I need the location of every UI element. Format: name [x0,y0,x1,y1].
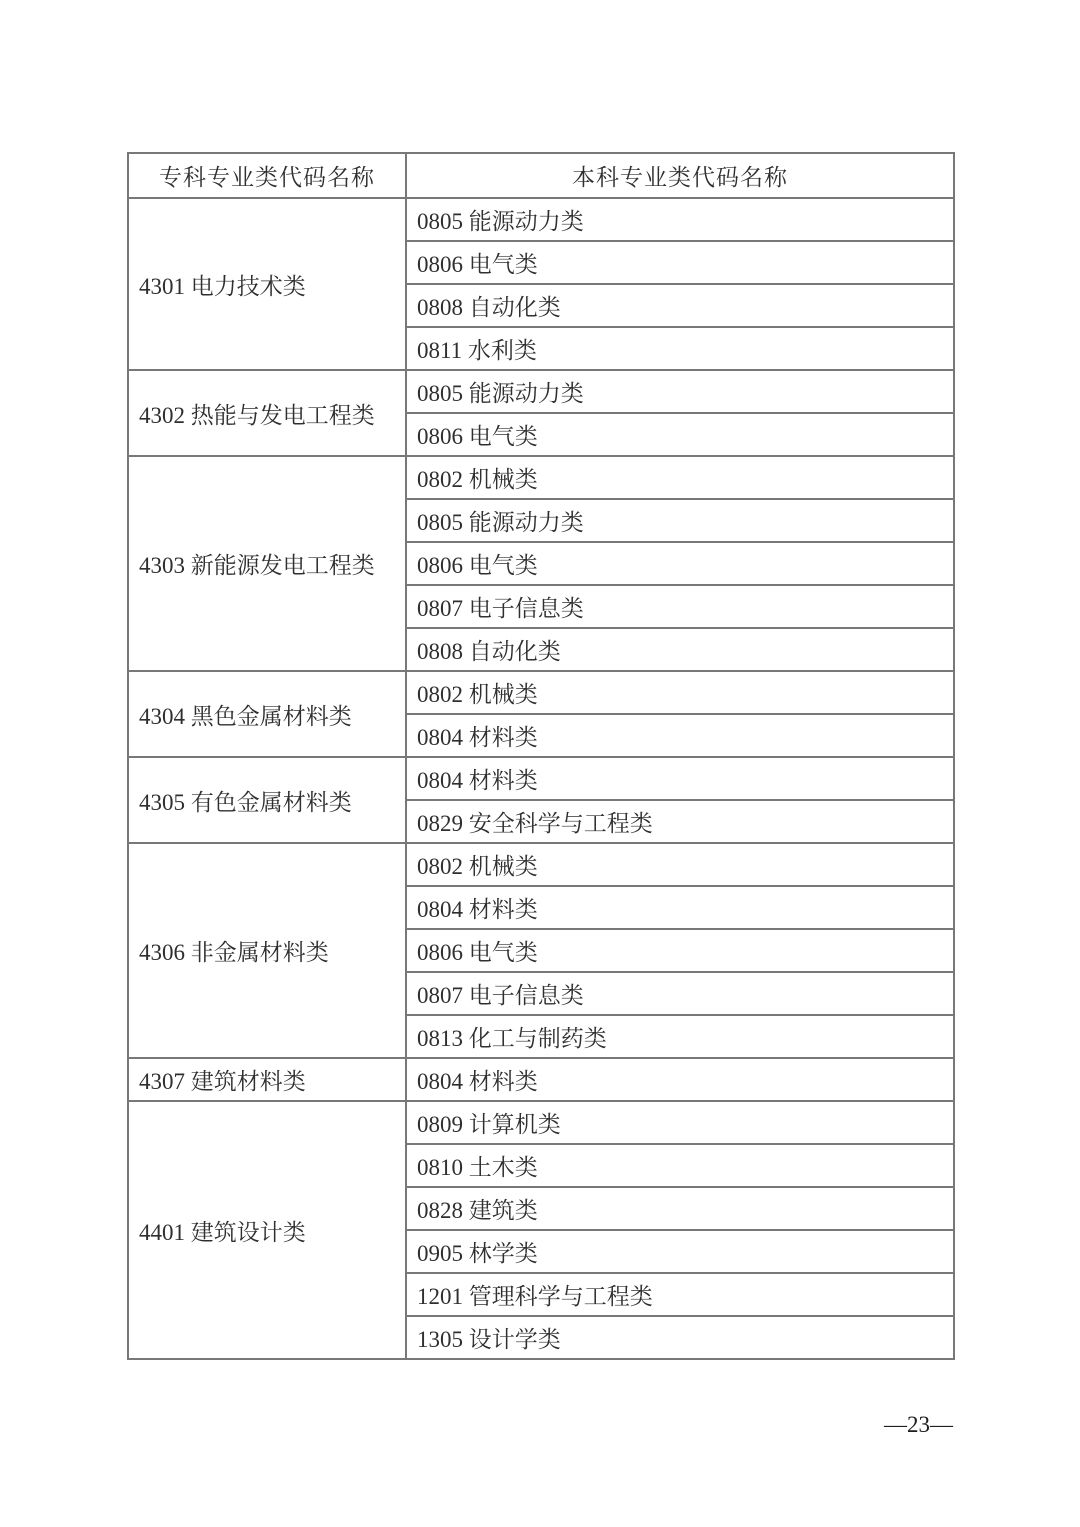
table-header-row: 专科专业类代码名称 本科专业类代码名称 [128,153,954,198]
zhuanke-category-cell: 4305 有色金属材料类 [128,757,406,843]
column-header-zhuanke: 专科专业类代码名称 [128,153,406,198]
zhuanke-category-cell: 4303 新能源发电工程类 [128,456,406,671]
benke-category-cell: 0905 林学类 [406,1230,954,1273]
benke-category-cell: 0805 能源动力类 [406,499,954,542]
benke-category-cell: 1305 设计学类 [406,1316,954,1359]
zhuanke-category-cell: 4302 热能与发电工程类 [128,370,406,456]
benke-category-cell: 0808 自动化类 [406,628,954,671]
zhuanke-category-cell: 4401 建筑设计类 [128,1101,406,1359]
benke-category-cell: 0807 电子信息类 [406,972,954,1015]
benke-category-cell: 0829 安全科学与工程类 [406,800,954,843]
table-row: 4307 建筑材料类0804 材料类 [128,1058,954,1101]
major-mapping-table: 专科专业类代码名称 本科专业类代码名称 4301 电力技术类0805 能源动力类… [127,152,955,1360]
benke-category-cell: 0810 土木类 [406,1144,954,1187]
table-row: 4305 有色金属材料类0804 材料类 [128,757,954,800]
benke-category-cell: 0807 电子信息类 [406,585,954,628]
benke-category-cell: 0802 机械类 [406,671,954,714]
benke-category-cell: 0806 电气类 [406,542,954,585]
benke-category-cell: 0806 电气类 [406,241,954,284]
table-row: 4301 电力技术类0805 能源动力类 [128,198,954,241]
zhuanke-category-cell: 4304 黑色金属材料类 [128,671,406,757]
zhuanke-category-cell: 4301 电力技术类 [128,198,406,370]
benke-category-cell: 0813 化工与制药类 [406,1015,954,1058]
benke-category-cell: 0806 电气类 [406,929,954,972]
page-number: —23— [127,1412,953,1438]
table-row: 4401 建筑设计类0809 计算机类 [128,1101,954,1144]
column-header-benke: 本科专业类代码名称 [406,153,954,198]
benke-category-cell: 0806 电气类 [406,413,954,456]
benke-category-cell: 0802 机械类 [406,843,954,886]
table-row: 4302 热能与发电工程类0805 能源动力类 [128,370,954,413]
benke-category-cell: 0811 水利类 [406,327,954,370]
benke-category-cell: 1201 管理科学与工程类 [406,1273,954,1316]
benke-category-cell: 0804 材料类 [406,1058,954,1101]
benke-category-cell: 0828 建筑类 [406,1187,954,1230]
zhuanke-category-cell: 4307 建筑材料类 [128,1058,406,1101]
table-row: 4303 新能源发电工程类0802 机械类 [128,456,954,499]
zhuanke-category-cell: 4306 非金属材料类 [128,843,406,1058]
benke-category-cell: 0804 材料类 [406,886,954,929]
benke-category-cell: 0808 自动化类 [406,284,954,327]
benke-category-cell: 0804 材料类 [406,714,954,757]
benke-category-cell: 0805 能源动力类 [406,198,954,241]
document-page: 专科专业类代码名称 本科专业类代码名称 4301 电力技术类0805 能源动力类… [0,0,1080,1527]
table-row: 4304 黑色金属材料类0802 机械类 [128,671,954,714]
table-row: 4306 非金属材料类0802 机械类 [128,843,954,886]
benke-category-cell: 0804 材料类 [406,757,954,800]
benke-category-cell: 0805 能源动力类 [406,370,954,413]
benke-category-cell: 0802 机械类 [406,456,954,499]
benke-category-cell: 0809 计算机类 [406,1101,954,1144]
